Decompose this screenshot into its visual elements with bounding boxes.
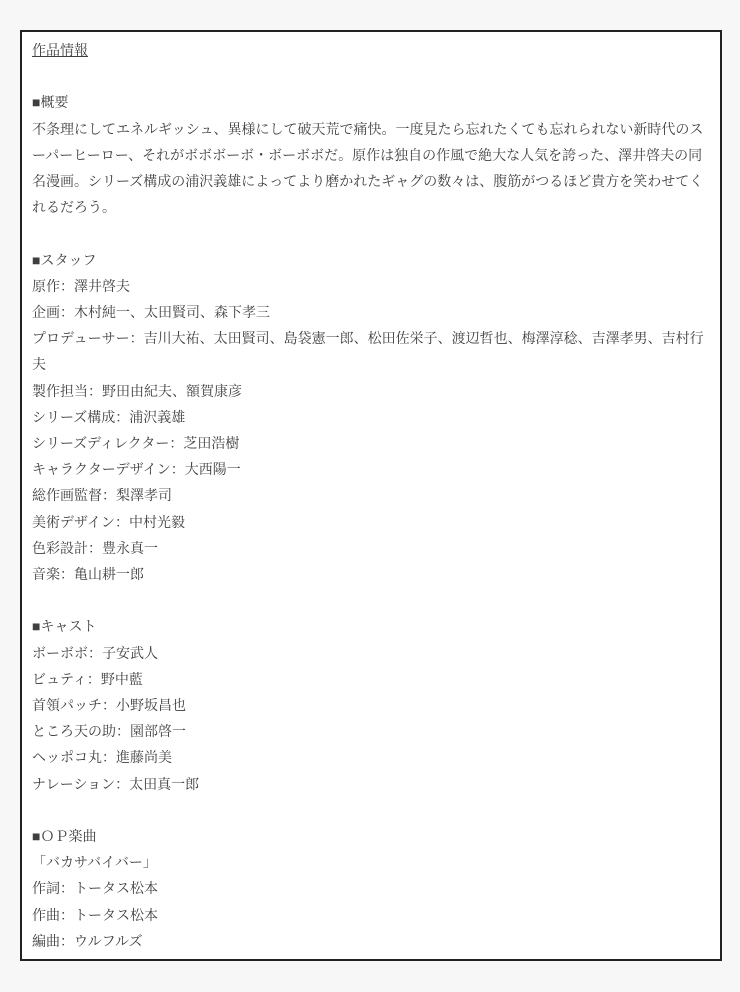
text-line: ナレーション：太田真一郎: [32, 771, 709, 797]
section-staff: ■スタッフ原作：澤井啓夫企画：木村純一、太田賢司、森下孝三プロデューサー：吉川大…: [32, 247, 709, 588]
section-heading-cast: ■キャスト: [32, 613, 709, 639]
text-line: シリーズディレクター：芝田浩樹: [32, 430, 709, 456]
section-heading-op-song: ■ＯＰ楽曲: [32, 823, 709, 849]
text-line: ビュティ：野中藍: [32, 666, 709, 692]
text-line: うた：ウルフルズ: [32, 954, 709, 961]
text-line: 原作：澤井啓夫: [32, 273, 709, 299]
text-line: 美術デザイン：中村光毅: [32, 509, 709, 535]
section-op-song: ■ＯＰ楽曲「バカサバイバー」作詞：トータス松本作曲：トータス松本編曲：ウルフルズ…: [32, 823, 709, 961]
text-line: キャラクターデザイン：大西陽一: [32, 456, 709, 482]
text-line: 「バカサバイバー」: [32, 849, 709, 875]
text-line: 音楽：亀山耕一郎: [32, 561, 709, 587]
page: { "colors": { "page_background": "#f7f7f…: [0, 0, 740, 992]
sections-container: ■概要不条理にしてエネルギッシュ、異様にして破天荒で痛快。一度見たら忘れたくても…: [32, 89, 709, 961]
section-heading-overview: ■概要: [32, 89, 709, 115]
section-cast: ■キャストボーボボ：子安武人ビュティ：野中藍首領パッチ：小野坂昌也ところ天の助：…: [32, 613, 709, 796]
text-line: 作曲：トータス松本: [32, 902, 709, 928]
text-line: 首領パッチ：小野坂昌也: [32, 692, 709, 718]
text-line: ヘッポコ丸：進藤尚美: [32, 744, 709, 770]
text-line: ボーボボ：子安武人: [32, 640, 709, 666]
text-line: 色彩設計：豊永真一: [32, 535, 709, 561]
text-line: 作詞：トータス松本: [32, 875, 709, 901]
section-heading-staff: ■スタッフ: [32, 247, 709, 273]
work-info-panel: 作品情報 ■概要不条理にしてエネルギッシュ、異様にして破天荒で痛快。一度見たら忘…: [20, 30, 722, 961]
text-line: ところ天の助：園部啓一: [32, 718, 709, 744]
section-overview: ■概要不条理にしてエネルギッシュ、異様にして破天荒で痛快。一度見たら忘れたくても…: [32, 89, 709, 220]
page-title: 作品情報: [32, 37, 709, 63]
text-line: 製作担当：野田由紀夫、額賀康彦: [32, 378, 709, 404]
text-line: 企画：木村純一、太田賢司、森下孝三: [32, 299, 709, 325]
text-line: プロデューサー：吉川大祐、太田賢司、島袋憲一郎、松田佐栄子、渡辺哲也、梅澤淳稔、…: [32, 325, 709, 377]
overview-paragraph: 不条理にしてエネルギッシュ、異様にして破天荒で痛快。一度見たら忘れたくても忘れら…: [32, 116, 709, 221]
text-line: 編曲：ウルフルズ: [32, 928, 709, 954]
text-line: シリーズ構成：浦沢義雄: [32, 404, 709, 430]
text-line: 総作画監督：梨澤孝司: [32, 482, 709, 508]
